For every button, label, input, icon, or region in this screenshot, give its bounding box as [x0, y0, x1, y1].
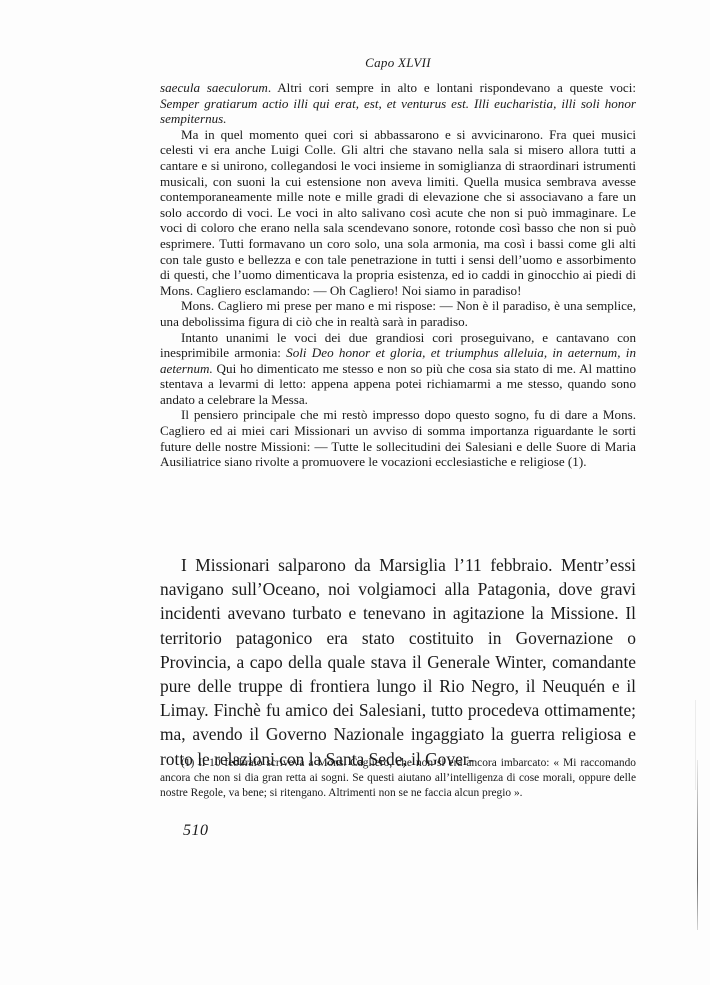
- latin-phrase: Semper gratiarum actio illi qui erat, es…: [160, 96, 636, 127]
- footnote: (1) Il 10 febbraio scriveva a Mons. Cagl…: [160, 756, 636, 802]
- scan-artifact-line: [697, 760, 698, 930]
- paragraph-4: Intanto unanimi le voci dei due grandios…: [160, 330, 636, 408]
- paragraph-3: Mons. Cagliero mi prese per mano e mi ri…: [160, 298, 636, 329]
- paragraph-main: I Missionari salparono da Marsiglia l’11…: [160, 553, 636, 771]
- footnote-text: (1) Il 10 febbraio scriveva a Mons. Cagl…: [160, 756, 636, 802]
- page-number: 510: [183, 822, 209, 840]
- book-page: Capo XLVII saecula saeculorum. Altri cor…: [0, 0, 710, 985]
- paragraph-1: saecula saeculorum. Altri cori sempre in…: [160, 80, 636, 127]
- scan-artifact-line: [695, 700, 696, 790]
- paragraph-2: Ma in quel momento quei cori si abbassar…: [160, 127, 636, 299]
- paragraph-text: Qui ho dimenticato me stesso e non so pi…: [160, 361, 636, 407]
- dream-narrative: saecula saeculorum. Altri cori sempre in…: [160, 80, 636, 470]
- paragraph-5: Il pensiero principale che mi restò impr…: [160, 407, 636, 469]
- main-narrative: I Missionari salparono da Marsiglia l’11…: [160, 553, 636, 771]
- paragraph-text: . Altri cori sempre in alto e lontani ri…: [268, 80, 636, 95]
- latin-phrase: saecula saeculorum: [160, 80, 268, 95]
- running-head: Capo XLVII: [160, 55, 636, 71]
